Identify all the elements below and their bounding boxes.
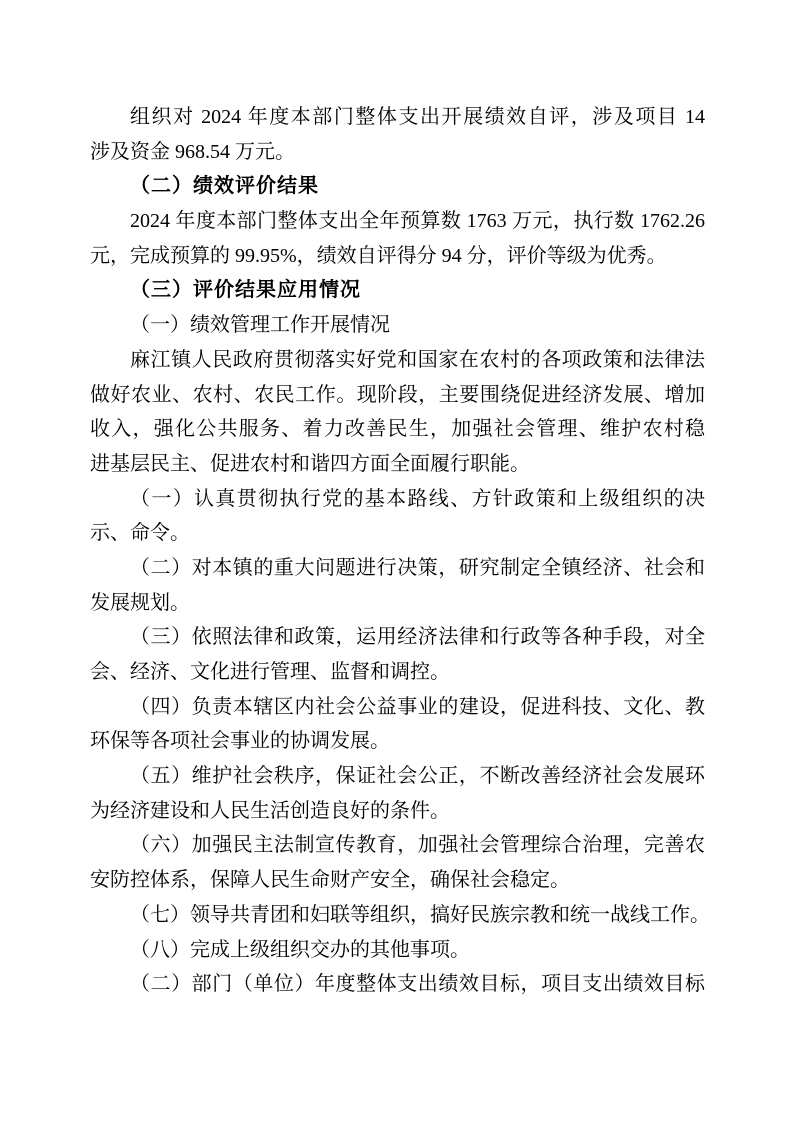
body-line: 元，完成预算的 99.95%，绩效自评得分 94 分，评价等级为优秀。 (90, 239, 705, 274)
heading-performance-evaluation-results: （二）绩效评价结果 (90, 169, 705, 204)
duty-item-5: （五）维护社会秩序，保证社会公正，不断改善经济社会发展环境， (90, 759, 705, 794)
body-line: 组织对 2024 年度本部门整体支出开展绩效自评，涉及项目 14 个，共 (90, 100, 705, 135)
duty-item-8: （八）完成上级组织交办的其他事项。 (90, 933, 705, 968)
heading-evaluation-result-application: （三）评价结果应用情况 (90, 273, 705, 308)
body-line: 收入，强化公共服务、着力改善民生，加强社会管理、维护农村稳定，推 (90, 412, 705, 447)
body-line: 会、经济、文化进行管理、监督和调控。 (90, 655, 705, 690)
body-line: 涉及资金 968.54 万元。 (90, 135, 705, 170)
duty-item-3: （三）依照法律和政策，运用经济法律和行政等各种手段，对全镇社 (90, 620, 705, 655)
body-line: 发展规划。 (90, 586, 705, 621)
body-line: 安防控体系，保障人民生命财产安全，确保社会稳定。 (90, 863, 705, 898)
body-line: 麻江镇人民政府贯彻落实好党和国家在农村的各项政策和法律法规， (90, 343, 705, 378)
subheading-performance-management-overview: （一）绩效管理工作开展情况 (90, 308, 705, 343)
body-line: 示、命令。 (90, 516, 705, 551)
body-line: 2024 年度本部门整体支出全年预算数 1763 万元，执行数 1762.26 … (90, 204, 705, 239)
duty-item-1: （一）认真贯彻执行党的基本路线、方针政策和上级组织的决议、指 (90, 482, 705, 517)
duty-item-6: （六）加强民主法制宣传教育，加强社会管理综合治理，完善农村治 (90, 828, 705, 863)
body-line: 进基层民主、促进农村和谐四方面全面履行职能。 (90, 447, 705, 482)
body-line: 环保等各项社会事业的协调发展。 (90, 724, 705, 759)
duty-item-4: （四）负责本辖区内社会公益事业的建设，促进科技、文化、教育、 (90, 690, 705, 725)
body-line: 为经济建设和人民生活创造良好的条件。 (90, 794, 705, 829)
subheading-annual-expenditure-targets: （二）部门（单位）年度整体支出绩效目标，项目支出绩效目标 (90, 967, 705, 1002)
body-line: 做好农业、农村、农民工作。现阶段，主要围绕促进经济发展、增加农民 (90, 378, 705, 413)
duty-item-2: （二）对本镇的重大问题进行决策，研究制定全镇经济、社会和文化 (90, 551, 705, 586)
duty-item-7: （七）领导共青团和妇联等组织，搞好民族宗教和统一战线工作。 (90, 898, 705, 933)
document-page: 组织对 2024 年度本部门整体支出开展绩效自评，涉及项目 14 个，共 涉及资… (0, 0, 793, 1122)
